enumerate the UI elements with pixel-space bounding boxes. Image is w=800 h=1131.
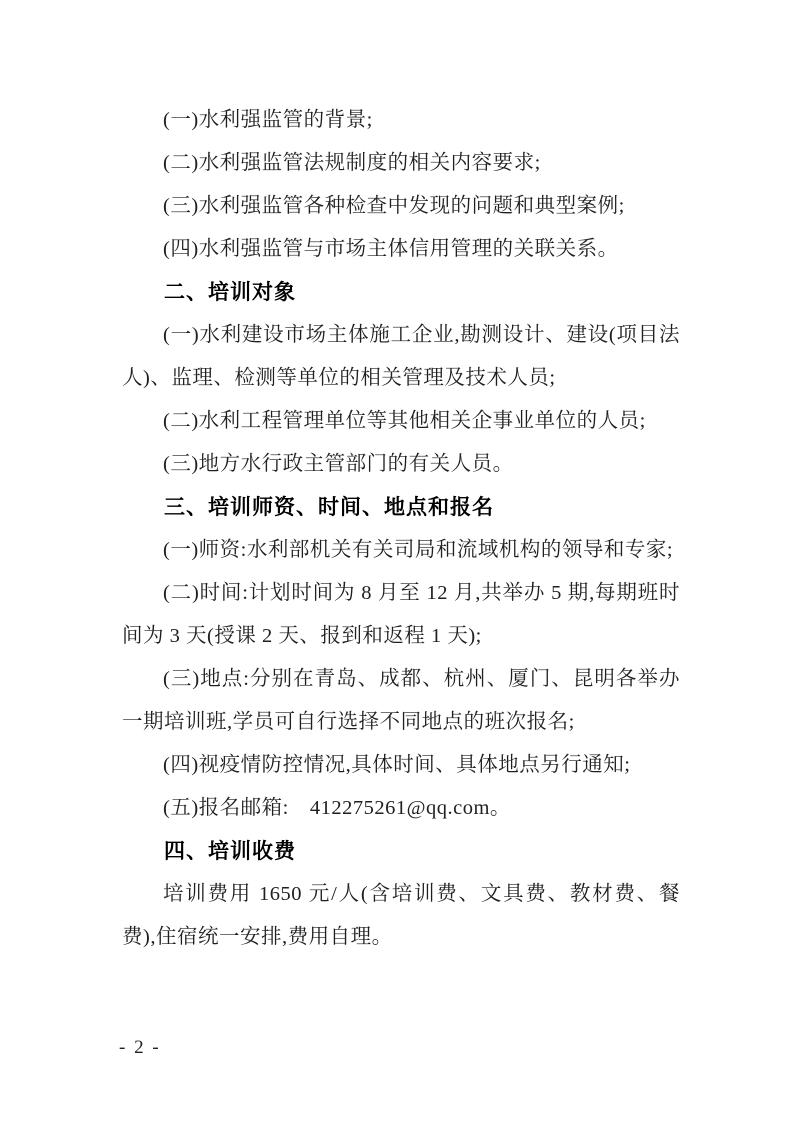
paragraph: (三)水利强监管各种检查中发现的问题和典型案例;: [122, 185, 680, 228]
paragraph: (三)地点:分别在青岛、成都、杭州、厦门、昆明各举办一期培训班,学员可自行选择不…: [122, 658, 680, 744]
paragraph: 培训费用 1650 元/人(含培训费、文具费、教材费、餐费),住宿统一安排,费用…: [122, 873, 680, 959]
section-heading: 四、培训收费: [122, 830, 680, 873]
paragraph: (二)水利工程管理单位等其他相关企事业单位的人员;: [122, 400, 680, 443]
section-heading: 二、培训对象: [122, 271, 680, 314]
document-page: (一)水利强监管的背景; (二)水利强监管法规制度的相关内容要求; (三)水利强…: [0, 0, 800, 1131]
paragraph: (五)报名邮箱: 412275261@qq.com。: [122, 787, 680, 830]
paragraph: (二)水利强监管法规制度的相关内容要求;: [122, 142, 680, 185]
paragraph: (一)师资:水利部机关有关司局和流域机构的领导和专家;: [122, 529, 680, 572]
paragraph: (三)地方水行政主管部门的有关人员。: [122, 443, 680, 486]
paragraph: (二)时间:计划时间为 8 月至 12 月,共举办 5 期,每期班时间为 3 天…: [122, 572, 680, 658]
page-number: - 2 -: [119, 1036, 161, 1060]
paragraph: (四)视疫情防控情况,具体时间、具体地点另行通知;: [122, 744, 680, 787]
paragraph: (四)水利强监管与市场主体信用管理的关联关系。: [122, 228, 680, 271]
paragraph: (一)水利建设市场主体施工企业,勘测设计、建设(项目法人)、监理、检测等单位的相…: [122, 314, 680, 400]
paragraph: (一)水利强监管的背景;: [122, 99, 680, 142]
document-body: (一)水利强监管的背景; (二)水利强监管法规制度的相关内容要求; (三)水利强…: [122, 99, 680, 959]
section-heading: 三、培训师资、时间、地点和报名: [122, 486, 680, 529]
